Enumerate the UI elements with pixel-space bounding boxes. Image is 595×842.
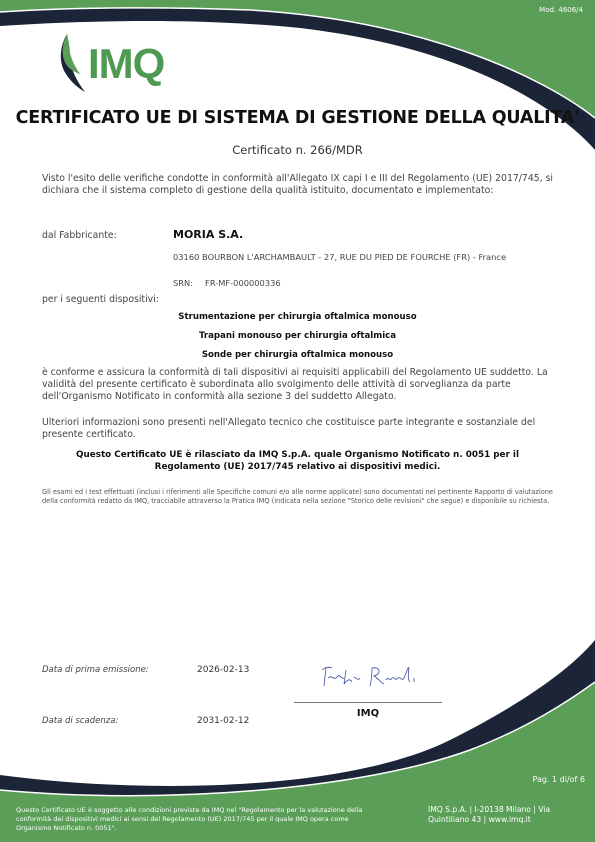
signatory-name: IMQ	[294, 708, 442, 719]
issuer-statement: Questo Certificato UE è rilasciato da IM…	[42, 449, 553, 473]
manufacturer-label: dal Fabbricante:	[42, 230, 117, 241]
footer-contact: IMQ S.p.A. | I-20138 Milano | Via Quinti…	[428, 805, 568, 825]
annex-paragraph: Ulteriori informazioni sono presenti nel…	[42, 417, 553, 441]
signature-line	[294, 702, 442, 703]
certificate-title: CERTIFICATO UE DI SISTEMA DI GESTIONE DE…	[0, 108, 595, 128]
devices-list: Strumentazione per chirurgia oftalmica m…	[0, 312, 595, 369]
first-issue-date: 2026-02-13	[197, 665, 249, 675]
manufacturer-address: 03160 BOURBON L'ARCHAMBAULT - 27, RUE DU…	[173, 252, 543, 263]
expiry-date: 2031-02-12	[197, 716, 249, 726]
certificate-number: Certificato n. 266/MDR	[0, 143, 595, 157]
srn-label: SRN:	[173, 278, 193, 288]
logo-text: IMQ	[88, 40, 164, 88]
manufacturer-name: MORIA S.A.	[173, 228, 243, 241]
expiry-label: Data di scadenza:	[42, 716, 118, 726]
conformity-paragraph: è conforme e assicura la conformità di t…	[42, 367, 553, 403]
page-indicator: Pag. 1 di/of 6	[532, 775, 585, 784]
srn-value: FR-MF-000000336	[205, 278, 281, 288]
device-item: Strumentazione per chirurgia oftalmica m…	[0, 312, 595, 331]
devices-label: per i seguenti dispositivi:	[42, 294, 159, 305]
leaf-swoosh-icon	[58, 34, 88, 92]
tests-note: Gli esami ed i test effettuati (inclusi …	[42, 488, 553, 506]
imq-logo: IMQ	[58, 34, 188, 94]
footer-conditions: Questo Certificato UE è soggetto alle co…	[16, 806, 376, 833]
intro-paragraph: Visto l'esito delle verifiche condotte i…	[42, 173, 553, 197]
form-code: Mod. 4606/4	[539, 6, 583, 14]
signature-icon	[314, 660, 424, 690]
first-issue-label: Data di prima emissione:	[42, 665, 149, 675]
device-item: Trapani monouso per chirurgia oftalmica	[0, 331, 595, 350]
srn-row: SRN:FR-MF-000000336	[173, 278, 281, 288]
